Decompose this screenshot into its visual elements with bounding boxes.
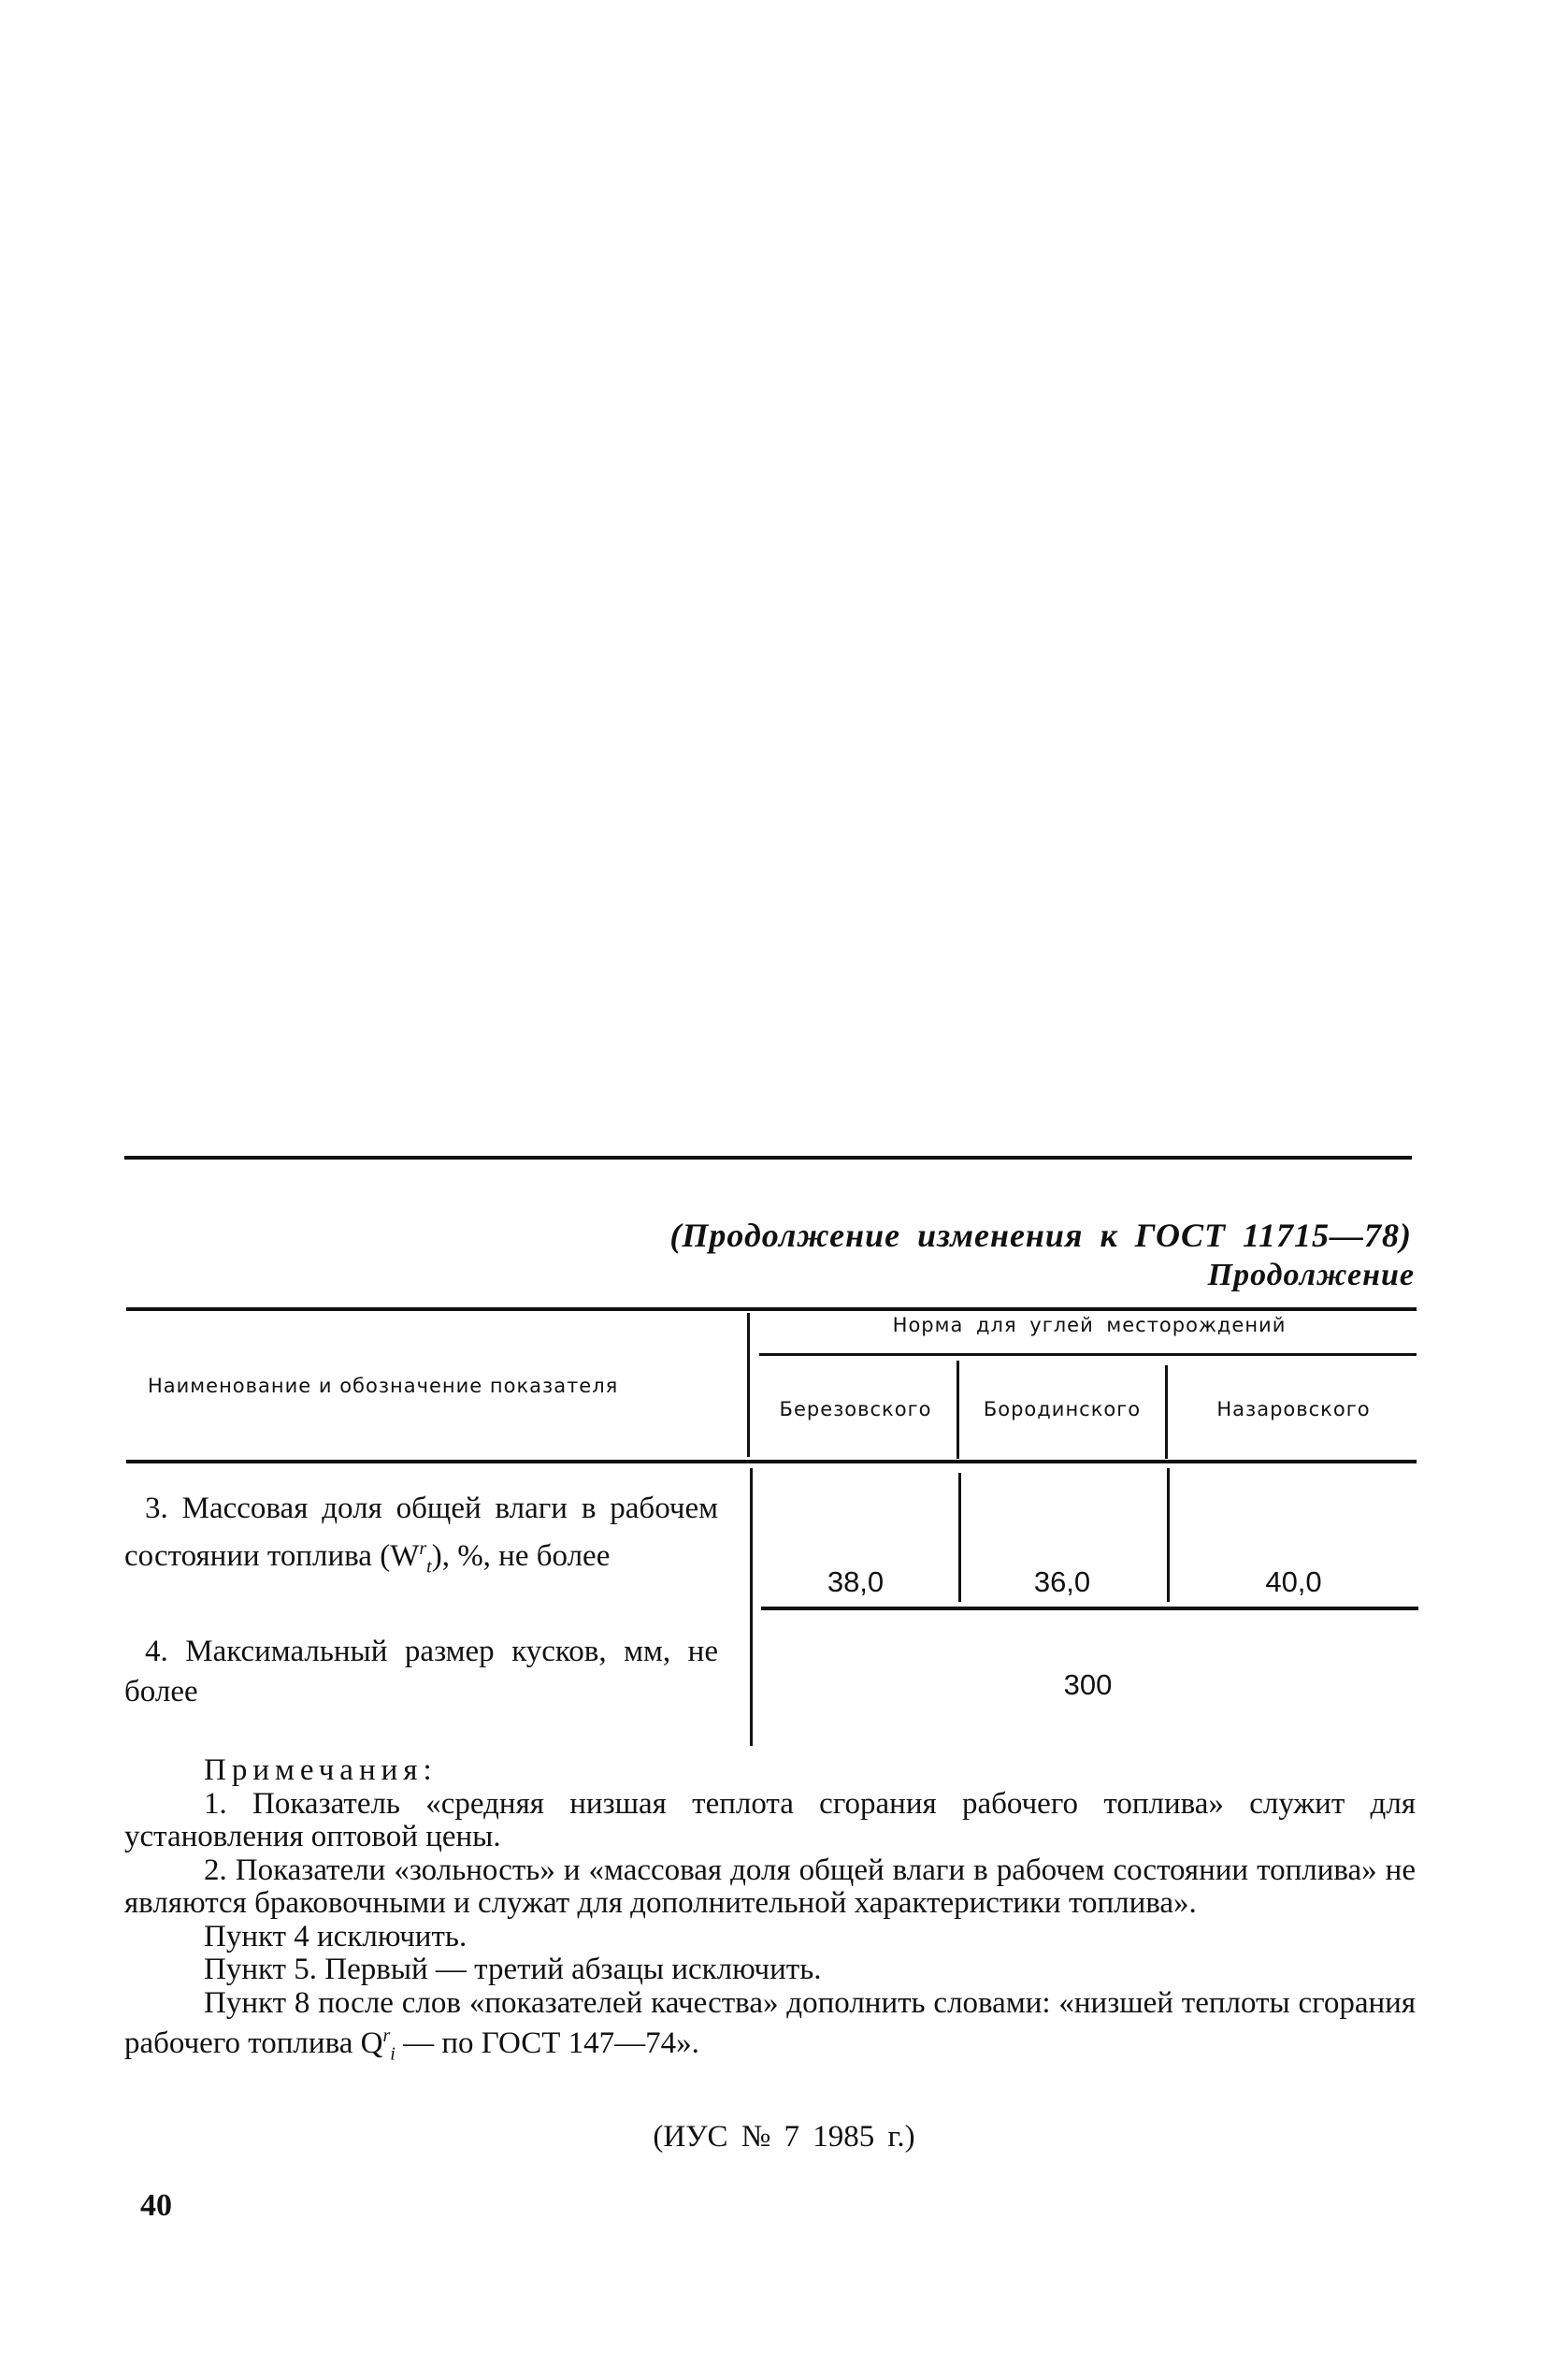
table-row-label: 3. Массовая доля общей влаги в рабочем с… bbox=[124, 1489, 718, 1588]
header-bottom-rule bbox=[126, 1460, 1417, 1463]
notes-section: Примечания: 1. Показатель «средняя низша… bbox=[124, 1754, 1416, 2071]
sub-divider-2 bbox=[1165, 1365, 1168, 1459]
note-item: 2. Показатели «зольность» и «массовая до… bbox=[124, 1854, 1416, 1921]
continuation-label: Продолжение bbox=[1208, 1258, 1415, 1293]
sub-divider-1 bbox=[957, 1361, 959, 1459]
column-header-berezovsky: Березовского bbox=[755, 1398, 956, 1420]
value-berezovsky: 38,0 bbox=[755, 1562, 956, 1602]
amendment-item: Пункт 4 исключить. bbox=[124, 1921, 1416, 1954]
body-divider-1 bbox=[958, 1473, 961, 1602]
amendment-item-8: Пункт 8 после слов «показателей качества… bbox=[124, 1987, 1416, 2072]
continuation-title: (Продолжение изменения к ГОСТ 11715—78) bbox=[669, 1216, 1412, 1255]
value-borodinsky: 36,0 bbox=[963, 1562, 1161, 1602]
body-divider bbox=[750, 1468, 753, 1746]
notes-heading: Примечания: bbox=[124, 1754, 1416, 1788]
top-rule bbox=[124, 1156, 1412, 1160]
body-divider-2 bbox=[1167, 1468, 1170, 1602]
group-rule bbox=[759, 1353, 1417, 1356]
amendment-item: Пункт 5. Первый — третий абзацы исключит… bbox=[124, 1953, 1416, 1987]
issue-reference: (ИУС № 7 1985 г.) bbox=[0, 2120, 1568, 2155]
table-top-rule bbox=[126, 1307, 1417, 1311]
row-rule bbox=[761, 1607, 1418, 1610]
page-number: 40 bbox=[140, 2188, 172, 2224]
value-nazarovsky: 40,0 bbox=[1171, 1562, 1417, 1602]
column-header-indicator: Наименование и обозначение показателя bbox=[148, 1375, 618, 1397]
table-row-label: 4. Максимальный размер кусков, мм, не бо… bbox=[124, 1632, 718, 1712]
value-all-deposits: 300 bbox=[759, 1665, 1417, 1705]
column-header-nazarovsky: Назаровского bbox=[1171, 1398, 1417, 1420]
header-divider bbox=[747, 1313, 750, 1457]
column-header-group: Норма для углей месторождений bbox=[762, 1314, 1417, 1336]
column-header-borodinsky: Бородинского bbox=[963, 1398, 1161, 1420]
note-item: 1. Показатель «средняя низшая теплота сг… bbox=[124, 1788, 1416, 1854]
